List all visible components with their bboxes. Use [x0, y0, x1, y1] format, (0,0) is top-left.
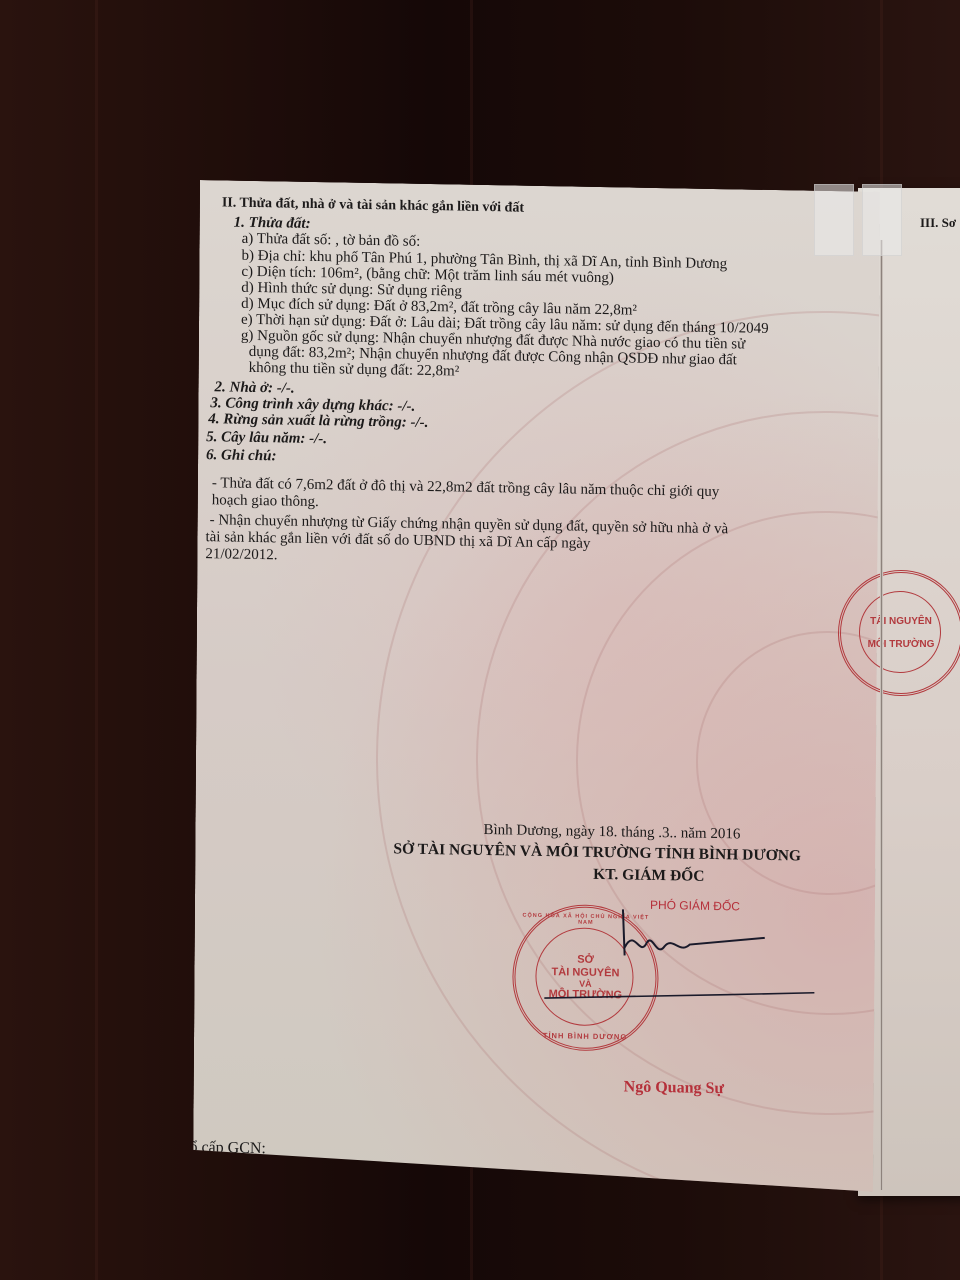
seal-ring-bottom: TỈNH BÌNH DƯƠNG: [543, 1032, 627, 1042]
forest-item: 4. Rừng sản xuất là rừng trồng: -/-.: [208, 412, 428, 431]
director-title: KT. GIÁM ĐỐC: [593, 867, 704, 884]
notes-heading: 6. Ghi chú:: [206, 448, 277, 464]
seam-seal: TÀI NGUYÊN MÔI TRƯỜNG: [838, 570, 960, 696]
house-item: 2. Nhà ở: -/-.: [214, 380, 294, 396]
registry-label: Số vào sổ cấp GCN:: [135, 1139, 266, 1157]
signature-icon: [484, 885, 905, 1022]
signer-name: Ngô Quang Sự: [624, 1079, 724, 1097]
booklet-spine: [880, 240, 883, 1190]
note-2-line3: 21/02/2012.: [205, 547, 277, 563]
section-title: II. Thửa đất, nhà ở và tài sản khác gắn …: [222, 196, 524, 215]
tape-strip: [862, 184, 902, 256]
certificate-page: II. Thửa đất, nhà ở và tài sản khác gắn …: [193, 180, 880, 1192]
right-page-header: III. Sơ: [920, 216, 956, 229]
land-origin-line3: không thu tiền sử dụng đất: 22,8m²: [249, 361, 460, 380]
seam-seal-inner-ring: [859, 591, 941, 673]
land-parcel-number: a) Thửa đất số: , tờ bản đồ số:: [242, 232, 421, 250]
perennial-item: 5. Cây lâu năm: -/-.: [206, 430, 327, 447]
tape-strip: [814, 184, 854, 256]
note-1-line2: hoạch giao thông.: [212, 493, 319, 510]
land-heading: 1. Thửa đất:: [234, 216, 311, 232]
table-grain: [95, 0, 98, 1280]
